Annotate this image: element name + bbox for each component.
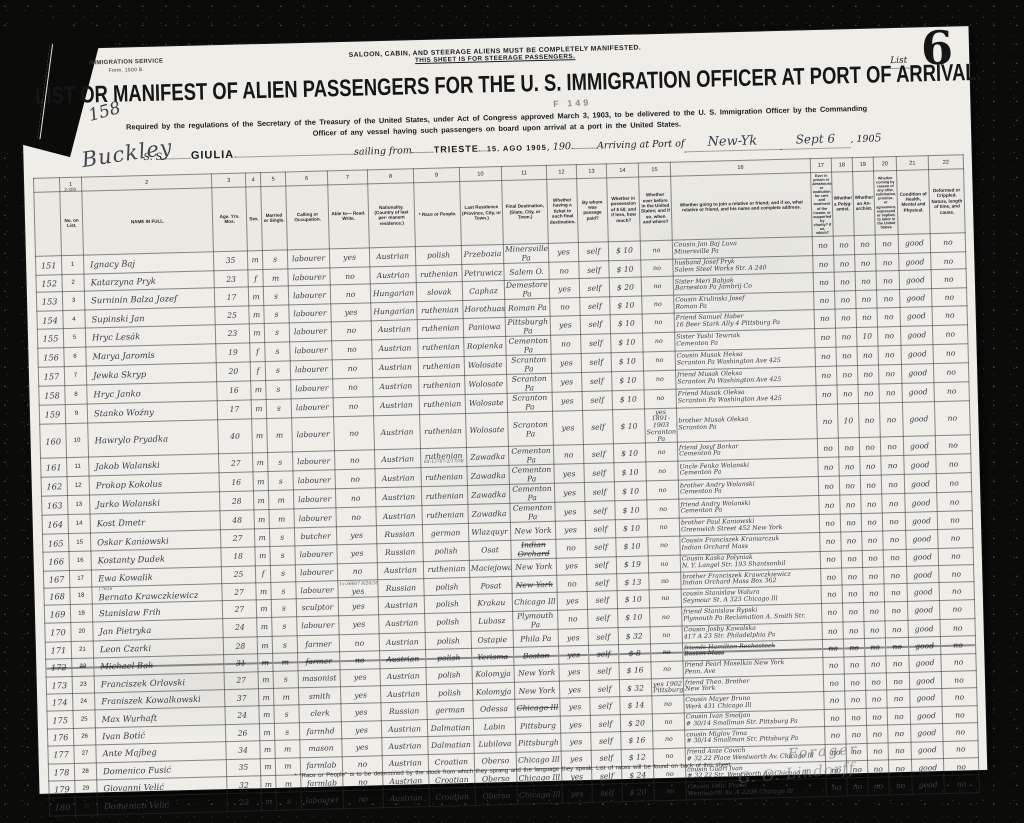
cell-before-in-us: yes 1891-1903 Scranton Pa	[645, 408, 678, 443]
cell-margin-number: 161	[41, 458, 67, 478]
cell-race: ruthenian	[417, 318, 463, 338]
cell-anarchist: no	[856, 290, 877, 308]
cell-margin-number: 180	[49, 798, 75, 816]
cell-married-single: s	[274, 705, 299, 723]
cell-margin-number: 175	[47, 711, 73, 729]
cell-health: good	[904, 455, 936, 475]
cell-relative-friend: brother Musak OleksaScranton Pa	[677, 404, 818, 442]
cell-passage-paid: self	[581, 333, 611, 353]
cell-anarchist: no	[866, 708, 887, 726]
cell-age: 27	[219, 453, 253, 473]
cell-contract-labor: no	[878, 364, 901, 384]
cell-margin-number: 176	[47, 728, 73, 746]
cell-sex: m	[257, 617, 272, 636]
cell-margin-number: 153	[36, 292, 62, 312]
cell-age: 48	[220, 510, 254, 530]
cell-margin-number: 166	[43, 551, 69, 571]
cell-before-in-us: no	[644, 370, 676, 390]
page-title: LIST OR MANIFEST OF ALIEN PASSENGERS FOR…	[35, 62, 897, 111]
cell-prison: no	[820, 551, 841, 569]
cell-nationality: Russian	[378, 579, 424, 598]
cell-married-single: s	[263, 286, 288, 306]
cell-occupation: clerk	[299, 704, 341, 722]
cell-money: $ 10	[618, 608, 650, 628]
cell-health: good	[904, 474, 936, 494]
cell-destination: Scranton Pa	[506, 354, 551, 374]
cell-last-residence: Krakau	[470, 594, 512, 612]
cell-before-in-us: no	[645, 442, 677, 462]
cell-list-number: 25	[73, 710, 95, 728]
ss-label: S. S.	[143, 152, 165, 164]
cell-money: $ 10	[616, 537, 648, 557]
cell-age: 16	[217, 381, 251, 401]
cell-occupation: labourer	[291, 398, 333, 418]
cell-married-single: m	[263, 269, 288, 287]
cell-ticket: yes	[554, 464, 584, 484]
column-number: 18	[831, 158, 852, 173]
cell-last-residence: Wolosate	[466, 412, 509, 448]
cell-last-residence: Zawadka	[466, 447, 508, 467]
cell-money: $ 10	[612, 390, 644, 410]
cell-passage-paid: self	[582, 371, 612, 391]
cell-ticket: yes	[559, 663, 589, 681]
cell-contract-labor: no	[877, 307, 900, 327]
cell-deformed: no	[944, 775, 979, 793]
cell-destination: New York	[511, 558, 556, 577]
cell-age: 24	[223, 618, 257, 638]
cell-before-in-us: no	[651, 661, 683, 679]
cell-ticket: yes	[551, 353, 581, 373]
cell-deformed: no	[936, 473, 971, 493]
cell-sex: m	[251, 380, 266, 399]
column-header: Whether a Polyg- amist.	[832, 172, 855, 236]
cell-prison: no	[821, 585, 842, 603]
cell-nationality: Hungarian	[371, 302, 417, 321]
cell-prison: no	[814, 291, 835, 309]
cell-sex: m	[251, 399, 266, 418]
cell-before-in-us: no	[646, 480, 678, 500]
cell-last-residence: Przebozia	[461, 244, 503, 264]
cell-occupation: labourer	[290, 341, 332, 361]
cell-deformed: no	[940, 636, 975, 654]
cell-last-residence: Posat	[470, 576, 512, 594]
cell-before-in-us: no	[650, 607, 682, 627]
cell-contract-labor: no	[884, 566, 907, 584]
cell-list-number: 7	[64, 366, 86, 386]
cell-health: good	[908, 619, 940, 637]
cell-list-number: 27	[74, 745, 96, 763]
cell-race: polish	[426, 649, 472, 668]
cell-occupation: labourer	[295, 544, 337, 564]
column-header: Whether an An- archist.	[853, 171, 876, 235]
cell-money: $ 20	[609, 277, 641, 297]
cell-prison: no	[813, 272, 834, 292]
cell-nationality: Austrian	[380, 667, 426, 686]
cell-margin-number: 156	[38, 347, 64, 367]
cell-polygamist: no	[842, 602, 863, 622]
cell-married-single: s	[264, 305, 289, 323]
cell-age: 27	[220, 529, 254, 547]
cell-passage-paid: self	[588, 609, 618, 629]
cell-list-number: 30	[75, 797, 97, 815]
column-header: Calling or Occupation.	[286, 185, 330, 250]
cell-prison: no	[824, 709, 845, 727]
cell-race: ruthenian	[422, 505, 468, 525]
cell-margin-number: 167	[43, 570, 69, 588]
cell-contract-labor: no	[884, 601, 907, 621]
cell-race: polish	[415, 245, 461, 265]
cell-able-to-read-write: no	[332, 359, 372, 379]
cell-contract-labor: no	[887, 707, 910, 725]
cell-anarchist: no	[863, 567, 884, 585]
cell-polygamist: no	[834, 255, 855, 273]
cell-health: good	[908, 637, 940, 655]
cell-margin-number: 174	[47, 694, 73, 712]
cell-occupation: labourer	[292, 451, 334, 471]
column-number: 3	[211, 173, 245, 188]
cell-contract-labor: no	[887, 690, 910, 708]
cell-contract-labor: no	[888, 725, 911, 743]
cell-prison: no	[822, 639, 843, 657]
cell-age: 40	[218, 419, 253, 454]
column-header: Deformed or Crippled. Nature, length of …	[929, 169, 966, 234]
cell-last-residence: Ostapie	[471, 630, 513, 648]
cell-before-in-us: no	[652, 713, 684, 731]
cell-nationality: Austrian	[373, 376, 419, 396]
cell-passage-paid: self	[583, 444, 613, 464]
cell-race: ruthenian	[418, 356, 464, 376]
cell-health: good	[903, 436, 935, 456]
cell-married-single: m	[267, 418, 293, 453]
cell-able-to-read-write: no	[334, 450, 374, 470]
cell-last-residence: Oberso	[475, 787, 517, 805]
cell-polygamist: no	[843, 621, 864, 639]
cell-contract-labor: no	[885, 638, 908, 656]
cell-before-in-us: no	[648, 555, 680, 573]
cell-deformed: no	[933, 343, 968, 363]
cell-list-number: 9	[65, 404, 87, 424]
cell-polygamist: no	[834, 272, 855, 292]
cell-anarchist: no	[855, 254, 876, 272]
cell-nationality: Russian	[377, 542, 423, 562]
cell-race: ruthenian	[421, 467, 467, 487]
cell-passage-paid: self	[589, 680, 619, 698]
cell-sex: m	[258, 671, 273, 689]
cell-married-single: s	[273, 670, 298, 688]
cell-last-residence: Lubilova	[474, 735, 516, 753]
cell-age: 27	[222, 600, 256, 618]
cell-passage-paid: self	[590, 697, 620, 715]
cell-last-residence: Paniowa	[463, 317, 505, 337]
cell-age: 25	[221, 566, 255, 584]
cell-polygamist: no	[844, 656, 865, 674]
cell-ticket: yes	[552, 391, 582, 411]
column-header: Age. Yrs. Mos.	[212, 187, 248, 252]
cell-list-number: 21	[71, 641, 93, 659]
cell-contract-labor: no	[876, 271, 899, 291]
cell-before-in-us: no	[649, 590, 681, 608]
cell-prison: no	[826, 778, 847, 796]
cell-married-single: s	[271, 582, 296, 600]
cell-destination: Scranton Pa	[508, 411, 554, 447]
cell-margin-number: 177	[48, 746, 74, 764]
cell-race: german	[422, 524, 468, 543]
cell-list-number: 6	[64, 347, 86, 367]
cell-deformed: no	[931, 252, 966, 270]
cell-list-number: 17	[69, 570, 91, 588]
cell-contract-labor: no	[881, 456, 904, 476]
cell-race: Dalmatian	[427, 718, 473, 737]
cell-married-single: s	[262, 250, 287, 270]
cell-ticket: no	[550, 298, 580, 316]
cell-passage-paid: self	[586, 537, 616, 557]
cell-able-to-read-write: yes	[341, 721, 381, 739]
number-stamp: F 149	[553, 97, 591, 109]
cell-married-single: s	[266, 380, 291, 400]
cell-deformed: no	[939, 582, 974, 600]
cell-ticket: yes	[555, 502, 585, 522]
cell-health: good	[905, 512, 937, 530]
departure-year-blank: , 190	[547, 141, 571, 153]
cell-anarchist: no	[858, 384, 879, 404]
cell-health: good	[909, 654, 941, 672]
cell-occupation: farmer	[297, 635, 339, 653]
cell-occupation: labourer	[287, 249, 329, 269]
cell-age: 16	[219, 472, 253, 492]
cell-list-number: 10	[66, 423, 89, 458]
cell-passage-paid: self	[588, 645, 618, 663]
cell-race: polish	[426, 666, 472, 685]
cell-list-number: 11	[67, 457, 89, 477]
cell-money: $ 16	[619, 662, 651, 680]
column-header: By whom was passage paid?	[577, 178, 609, 243]
cell-money: $ 10	[614, 462, 646, 482]
cell-occupation: sculptor	[296, 598, 338, 616]
cell-list-number: 8	[65, 385, 87, 405]
cell-passage-paid: self	[591, 732, 621, 750]
cell-health: good	[900, 306, 932, 326]
cell-prison: no	[814, 309, 835, 329]
cell-nationality: Austrian	[375, 468, 421, 488]
cell-prison: no	[821, 603, 842, 623]
column-header: Ever in prison or almshouse, or institut…	[811, 172, 834, 236]
cell-passage-paid: self	[589, 662, 619, 680]
cell-married-single: m	[273, 688, 298, 706]
cell-passage-paid: self	[579, 261, 609, 279]
cell-deformed: no	[932, 324, 967, 344]
cell-before-in-us: no	[650, 643, 682, 661]
cell-margin-number: 154	[37, 311, 63, 329]
cell-health: good	[912, 776, 944, 794]
cell-margin-number: 160	[40, 423, 67, 458]
cell-race: slovak	[416, 282, 462, 302]
cell-deformed: no	[931, 269, 966, 289]
cell-able-to-read-write: yes	[337, 543, 377, 563]
cell-married-single: m	[269, 509, 294, 529]
column-header: Final Destination, (State, City, or Town…	[502, 179, 549, 244]
column-number: 20	[873, 156, 896, 171]
cell-money: $ 13	[617, 573, 649, 591]
cell-health: good	[910, 689, 942, 707]
cell-deformed: no	[932, 288, 967, 306]
cell-anarchist: no	[864, 621, 885, 639]
cell-passage-paid: self	[580, 297, 610, 315]
cell-ticket: no	[558, 609, 588, 629]
cell-destination: New York	[510, 522, 555, 541]
cell-nationality: Russian	[376, 525, 422, 544]
cell-prison: no	[824, 691, 845, 709]
cell-health: good	[899, 270, 931, 290]
cell-contract-labor: no	[886, 655, 909, 673]
cell-last-residence: Labin	[473, 717, 515, 735]
cell-passage-paid: self	[585, 501, 615, 521]
cell-list-number: 15	[68, 533, 90, 551]
cell-list-number: 14	[68, 514, 90, 534]
cell-anarchist: no	[865, 656, 886, 674]
cell-destination: Indian Orchard	[511, 539, 556, 559]
cell-deformed: no	[933, 362, 968, 382]
cell-list-number: 22	[72, 658, 94, 676]
cell-race: polish	[425, 631, 471, 650]
cell-anarchist: no	[865, 673, 886, 691]
cell-ticket: yes	[558, 628, 588, 646]
column-header: Able to— Read. Write.	[328, 184, 370, 249]
cell-nationality: Austrian	[382, 737, 428, 756]
cell-sex: m	[253, 472, 268, 491]
cell-passage-paid: self	[587, 574, 617, 592]
cell-sex: m	[247, 251, 262, 270]
cell-destination: Pittsburgh	[516, 733, 561, 752]
cell-before-in-us: no	[643, 351, 675, 371]
cell-polygamist: no	[847, 778, 868, 796]
cell-married-single: s	[270, 565, 295, 583]
cell-able-to-read-write: no	[335, 469, 375, 489]
cell-money: $ 10	[609, 260, 641, 278]
cell-prison: no	[812, 236, 833, 256]
cell-passage-paid: self	[586, 556, 616, 574]
cell-list-number: 19	[70, 604, 92, 622]
cell-before-in-us: no	[647, 499, 679, 519]
cell-able-to-read-write: yes	[342, 738, 382, 756]
cell-married-single: s	[266, 399, 291, 419]
cell-polygamist: no	[838, 438, 859, 458]
cell-destination: Chicago Ill	[512, 593, 557, 612]
cell-margin-number: 168	[44, 588, 70, 606]
cell-race: polish	[424, 595, 470, 614]
cell-nationality: Austrian	[380, 685, 426, 704]
cell-age: 23	[214, 270, 248, 288]
cell-money: $ 14	[620, 696, 652, 714]
cell-married-single: s	[272, 617, 297, 637]
cell-list-number: 26	[73, 728, 95, 746]
cell-passage-paid: self	[584, 463, 614, 483]
cell-anarchist: no	[864, 638, 885, 656]
cell-occupation: labourer	[290, 360, 332, 380]
cell-health: good	[899, 253, 931, 271]
cell-nationality: Austrian	[380, 650, 426, 669]
cell-destination: Demestore Pa	[504, 280, 549, 300]
cell-race: ruthenian	[416, 264, 462, 283]
cell-able-to-read-write: no	[330, 284, 370, 304]
cell-race: ruthenian	[419, 375, 465, 395]
cell-age: 28	[223, 637, 257, 655]
arrival-year-digit: 5	[874, 131, 881, 144]
cell-destination: Salem O.	[504, 262, 549, 281]
column-number: 13	[576, 164, 606, 179]
cell-married-single: s	[265, 361, 290, 381]
cell-ticket: yes	[557, 592, 587, 610]
departure-date-stamp: 15. AGO 1905	[487, 143, 547, 154]
cell-contract-labor: no	[877, 290, 900, 308]
cell-health: good	[906, 548, 938, 566]
cell-list-number: 12	[67, 476, 89, 496]
cell-polygamist: no	[843, 639, 864, 657]
cell-health: good	[900, 289, 932, 307]
cell-sex: m	[253, 491, 268, 510]
cell-sex: f	[250, 342, 265, 361]
cell-prison: no	[820, 532, 841, 552]
column-header: Nationality. (Country of last per- manen…	[368, 183, 416, 248]
cell-sex: m	[259, 723, 274, 741]
cell-ticket: yes	[554, 483, 584, 503]
cell-ticket: yes	[560, 715, 590, 733]
cell-deformed: no	[937, 511, 972, 529]
cell-deformed: no	[935, 435, 970, 455]
column-number: 14	[606, 163, 638, 178]
cell-occupation: labourer	[288, 285, 330, 305]
cell-anarchist: no	[861, 513, 882, 531]
cell-money: $ 32	[618, 627, 650, 645]
cell-last-residence: Wolosate	[465, 374, 507, 394]
cell-polygamist: no	[841, 550, 862, 568]
cell-deformed: no	[934, 381, 969, 401]
cell-last-residence: Ropienka	[464, 336, 506, 356]
cell-occupation: labourer	[301, 791, 343, 809]
scanned-manifest-page: { "form": { "service_name": "IMMIGRATION…	[0, 0, 1024, 823]
cell-married-single: s	[264, 323, 289, 343]
cell-deformed: no	[939, 600, 974, 620]
column-header: Married or Single.	[261, 186, 288, 251]
cell-sex: m	[258, 654, 273, 672]
passenger-table: 12345678910111213141516171819202122 No. …	[33, 154, 980, 816]
cell-destination: Chicago Ill	[515, 699, 560, 718]
cell-before-in-us: no	[649, 572, 681, 590]
cell-able-to-read-write: no	[340, 651, 380, 669]
cell-list-number: 24	[73, 693, 95, 711]
cell-name: Domenico Velić	[97, 794, 227, 815]
cell-occupation: labourer	[289, 304, 331, 322]
cell-before-in-us: no	[643, 332, 675, 352]
cell-nationality: Hungarian	[370, 283, 416, 303]
cell-money: $ 10	[610, 296, 642, 314]
cell-age: 27	[224, 671, 258, 689]
cell-polygamist: no	[839, 457, 860, 477]
cell-polygamist: no	[835, 308, 856, 328]
cell-health: good	[906, 529, 938, 549]
cell-age: 27	[222, 583, 256, 601]
cell-prison: no	[818, 476, 839, 496]
cell-nationality: Austrian	[378, 596, 424, 615]
cell-last-residence: Caphaz	[462, 281, 504, 301]
cell-deformed: no	[943, 723, 978, 741]
cell-race: polish	[426, 683, 472, 702]
cell-able-to-read-write: no	[331, 321, 371, 341]
cell-list-number: 20	[71, 622, 93, 642]
cell-age: 26	[225, 724, 259, 742]
column-header	[34, 192, 62, 257]
cell-money: $ 20	[620, 714, 652, 732]
cell-before-in-us: no	[653, 730, 685, 748]
